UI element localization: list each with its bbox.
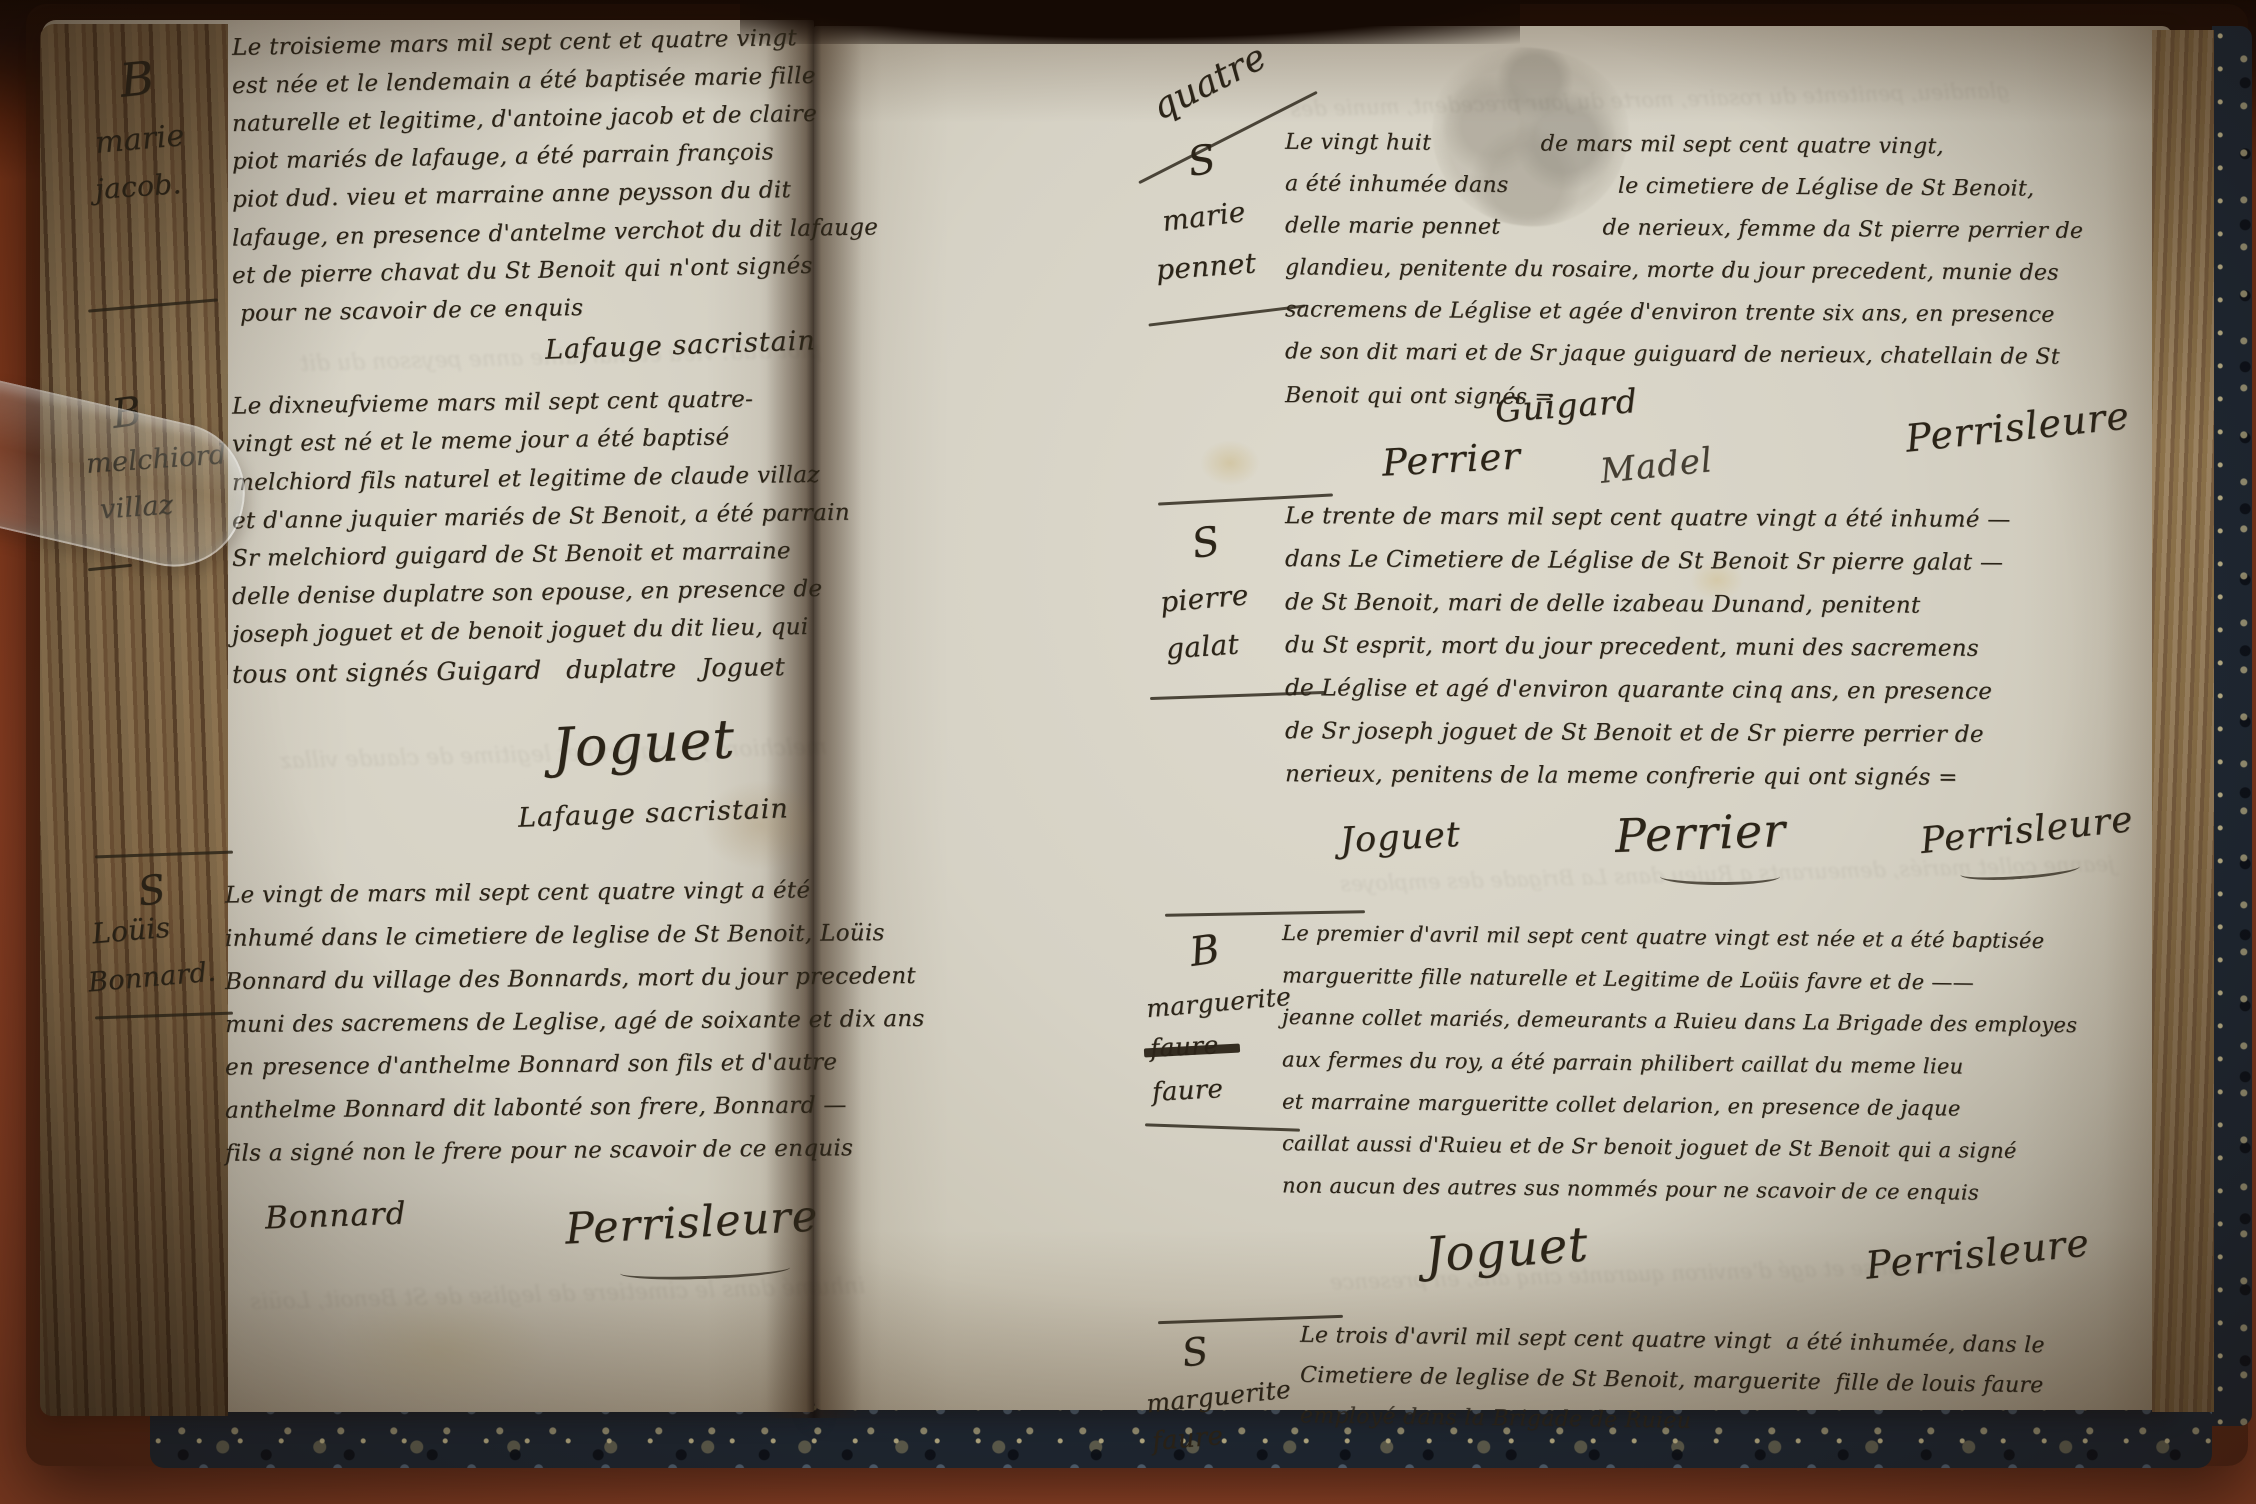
register-line: de Sr joseph joguet de St Benoit et de S… [1285, 718, 1984, 748]
register-line: Le vingt de mars mil sept cent quatre vi… [225, 877, 811, 908]
margin-name: galat [1165, 627, 1240, 665]
margin-name: faure [1151, 1074, 1224, 1108]
margin-name: faure [1151, 1421, 1225, 1457]
register-line: sacremens de Léglise et agée d'environ t… [1285, 297, 2055, 327]
register-line: Le vingt huit de mars mil sept cent quat… [1285, 130, 1944, 160]
margin-name: Loüis [91, 911, 172, 951]
signature: Joguet [1423, 1216, 1590, 1283]
paper-stain [1200, 440, 1260, 486]
signature: Bonnard [264, 1196, 407, 1237]
photo-of-parish-register: piot dud. vieu et marraine anne peysson … [0, 0, 2256, 1504]
register-line: nerieux, penitens de la meme confrerie q… [1285, 761, 1958, 791]
page-edges-right [2152, 30, 2214, 1412]
register-line: de St Benoit, mari de delle izabeau Duna… [1285, 589, 1921, 618]
register-line: anthelme Bonnard dit labonté son frere, … [225, 1092, 847, 1123]
register-line: en presence d'anthelme Bonnard son fils … [225, 1049, 837, 1080]
margin-name: jacob. [94, 167, 183, 206]
signature: Joguet [1339, 815, 1462, 861]
margin-act-type-initial: B [1187, 926, 1223, 976]
register-line: Le trente de mars mil sept cent quatre v… [1285, 503, 2011, 533]
marbled-cover-right-edge [2212, 26, 2252, 1426]
spine-top-shadow [740, 0, 1520, 44]
signature: Perrier [1381, 434, 1522, 484]
signature-flourish [1660, 868, 1780, 885]
register-line: fils a signé non le frere pour ne scavoi… [225, 1135, 853, 1166]
register-line: de Léglise et agé d'environ quarante cin… [1285, 675, 1992, 705]
register-line: a été inhumée dans le cimetiere de Légli… [1285, 171, 2035, 201]
signature: Joguet [550, 707, 736, 780]
register-line: dans Le Cimetiere de Léglise de St Benoi… [1285, 546, 2003, 576]
margin-act-type-initial: B [117, 50, 157, 107]
register-line: du St esprit, mort du jour precedent, mu… [1285, 632, 1979, 662]
margin-name: pennet [1155, 247, 1257, 287]
signature: Perrier [1614, 803, 1787, 863]
page-edges-left [40, 24, 228, 1416]
